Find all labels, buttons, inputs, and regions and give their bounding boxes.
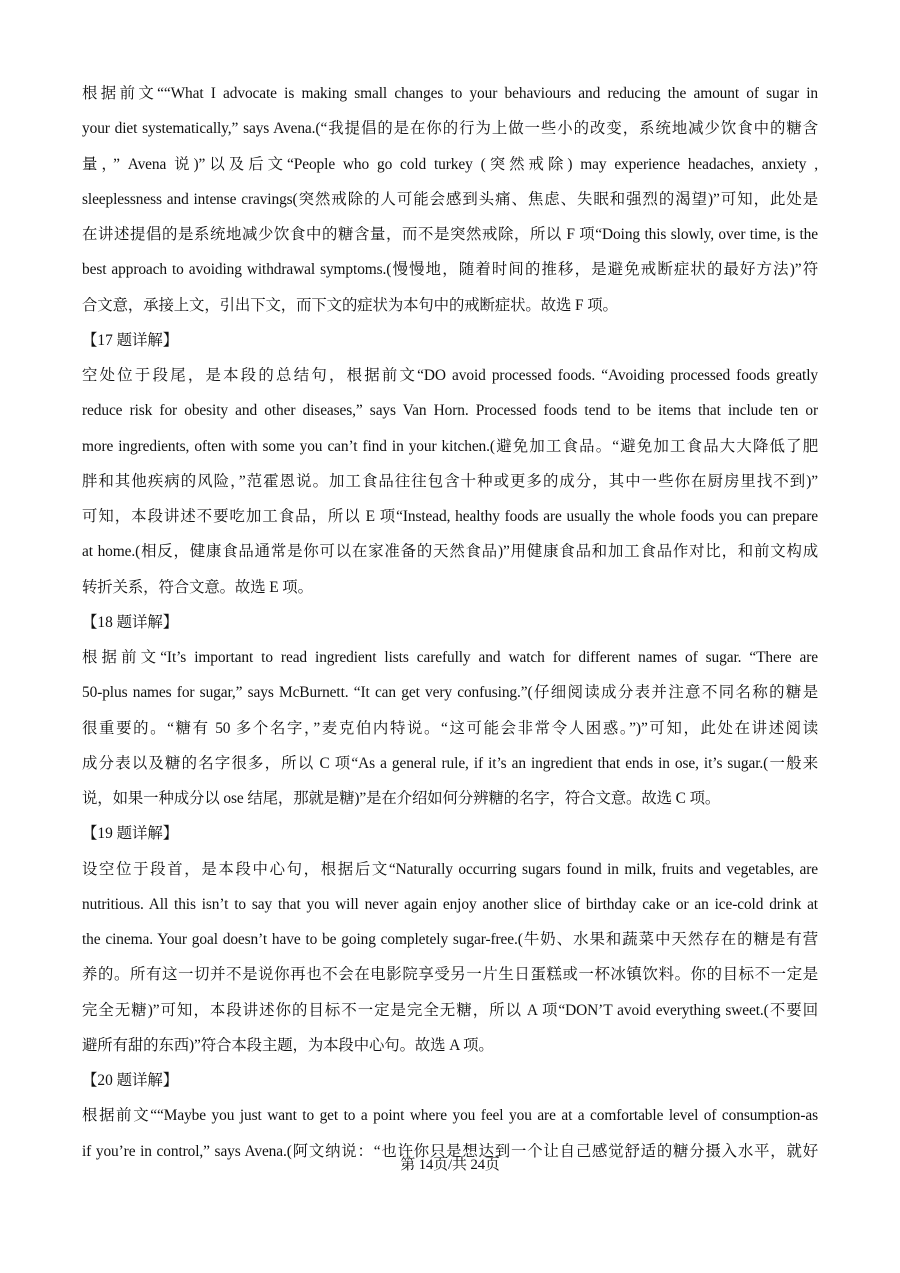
text-line: 转折关系，符合文意。故选 E 项。 — [82, 570, 818, 605]
section-q19-explanation: 【19 题详解】 设空位于段首，是本段中心句，根据后文“Naturally oc… — [82, 816, 818, 1063]
text-line: 完全无糖)”可知，本段讲述你的目标不一定是完全无糖，所以 A 项“DON’T a… — [82, 993, 818, 1028]
text-line: 胖和其他疾病的风险，”范霍恩说。加工食品往往包含十种或更多的成分，其中一些你在厨… — [82, 464, 818, 499]
page-number-footer: 第 14页/共 24页 — [0, 1155, 900, 1175]
text-line: 空处位于段尾，是本段的总结句，根据前文“DO avoid processed f… — [82, 358, 818, 393]
document-body: 根据前文““What I advocate is making small ch… — [82, 76, 818, 1169]
text-line: your diet systematically,” says Avena.(“… — [82, 111, 818, 146]
section-q20-explanation: 【20 题详解】 根据前文““Maybe you just want to ge… — [82, 1063, 818, 1169]
text-line: reduce risk for obesity and other diseas… — [82, 393, 818, 428]
section-q18-explanation: 【18 题详解】 根据前文“It’s important to read ing… — [82, 605, 818, 817]
text-line: 避所有甜的东西)”符合本段主题，为本段中心句。故选 A 项。 — [82, 1028, 818, 1063]
section-heading: 【17 题详解】 — [82, 323, 818, 358]
section-heading: 【19 题详解】 — [82, 816, 818, 851]
text-line: 可知，本段讲述不要吃加工食品，所以 E 项“Instead, healthy f… — [82, 499, 818, 534]
text-line: 养的。所有这一切并不是说你再也不会在电影院享受另一片生日蛋糕或一杯冰镇饮料。你的… — [82, 957, 818, 992]
text-line: sleeplessness and intense cravings(突然戒除的… — [82, 182, 818, 217]
text-line: 50-plus names for sugar,” says McBurnett… — [82, 675, 818, 710]
text-line: 根据前文““Maybe you just want to get to a po… — [82, 1098, 818, 1133]
text-line: 合文意，承接上文，引出下文，而下文的症状为本句中的戒断症状。故选 F 项。 — [82, 288, 818, 323]
text-line: 设空位于段首，是本段中心句，根据后文“Naturally occurring s… — [82, 852, 818, 887]
section-heading: 【20 题详解】 — [82, 1063, 818, 1098]
text-line: 很重要的。“糖有 50 多个名字，”麦克伯内特说。“这可能会非常令人困惑。”)”… — [82, 711, 818, 746]
section-heading: 【18 题详解】 — [82, 605, 818, 640]
text-line: at home.(相反，健康食品通常是你可以在家准备的天然食品)”用健康食品和加… — [82, 534, 818, 569]
text-line: 量，” Avena 说)”以及后文“People who go cold tur… — [82, 147, 818, 182]
text-line: 成分表以及糖的名字很多，所以 C 项“As a general rule, if… — [82, 746, 818, 781]
text-line: 根据前文““What I advocate is making small ch… — [82, 76, 818, 111]
section-q17-explanation: 【17 题详解】 空处位于段尾，是本段的总结句，根据前文“DO avoid pr… — [82, 323, 818, 605]
document-page: 根据前文““What I advocate is making small ch… — [0, 0, 900, 1273]
text-line: best approach to avoiding withdrawal sym… — [82, 252, 818, 287]
text-line: 说，如果一种成分以 ose 结尾，那就是糖)”是在介绍如何分辨糖的名字，符合文意… — [82, 781, 818, 816]
text-line: the cinema. Your goal doesn’t have to be… — [82, 922, 818, 957]
section-q16-explanation: 根据前文““What I advocate is making small ch… — [82, 76, 818, 323]
text-line: more ingredients, often with some you ca… — [82, 429, 818, 464]
text-line: 在讲述提倡的是系统地减少饮食中的糖含量，而不是突然戒除，所以 F 项“Doing… — [82, 217, 818, 252]
text-line: nutritious. All this isn’t to say that y… — [82, 887, 818, 922]
text-line: 根据前文“It’s important to read ingredient l… — [82, 640, 818, 675]
